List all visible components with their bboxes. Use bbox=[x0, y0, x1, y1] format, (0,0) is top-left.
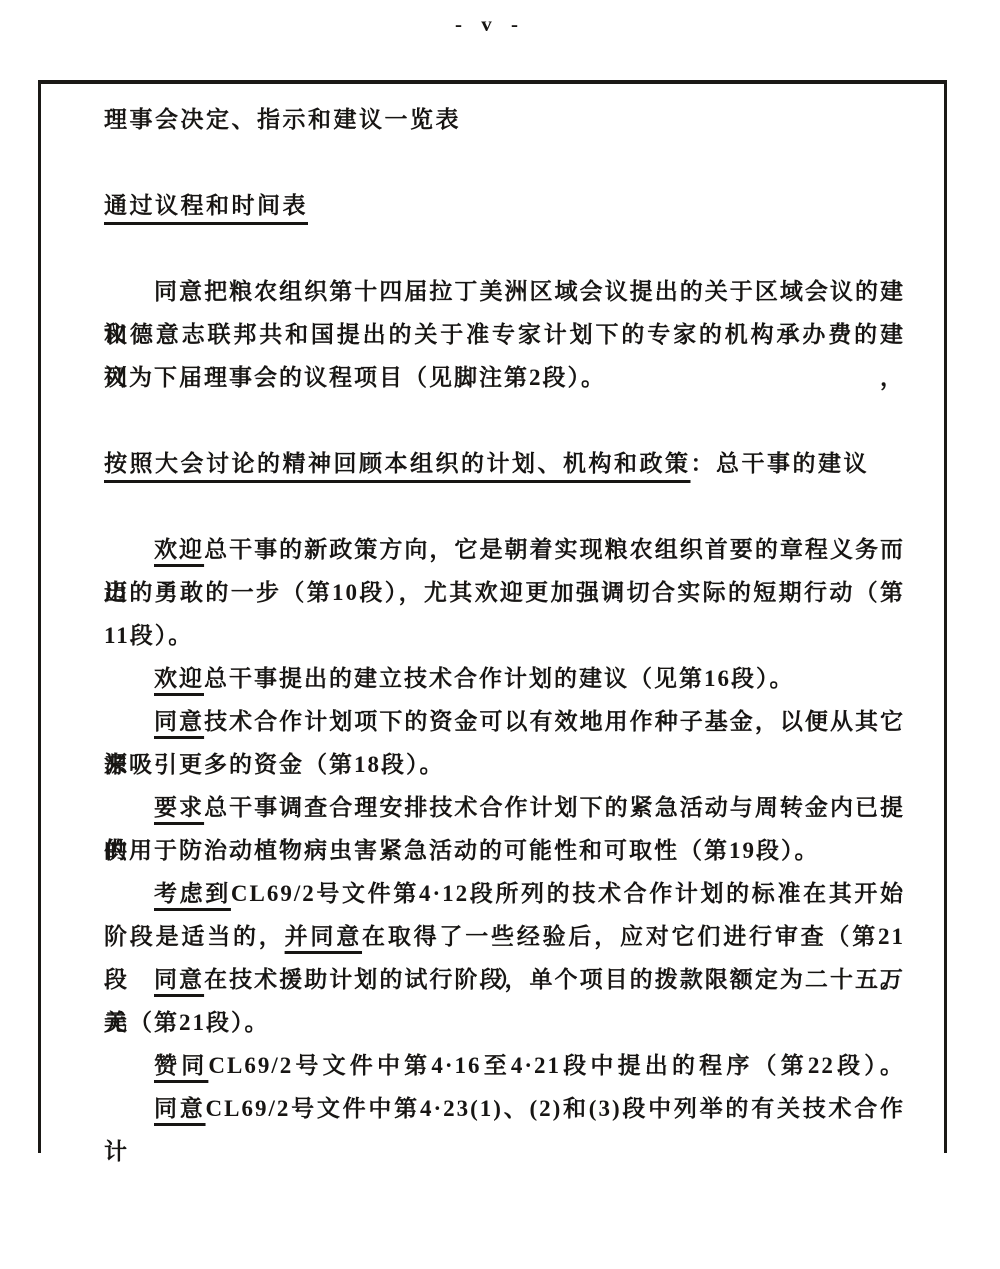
text-run: 总干事提出的建立技术合作计划的建议（见第16段）。 bbox=[204, 666, 795, 691]
underlined-text-run: 考虑到 bbox=[154, 881, 231, 906]
paragraph: 同意CL69/2号文件中第4·23(1)、(2)和(3)段中列举的有关技术合作计 bbox=[104, 1087, 905, 1130]
paragraph: 同意技术合作计划项下的资金可以有效地用作种子基金，以便从其它来源吸引更多的资金（… bbox=[104, 700, 905, 786]
text-line: 欢迎总干事的新政策方向，它是朝着实现粮农组织首要的章程义务而迈 bbox=[104, 528, 905, 571]
text-line: 通过议程和时间表 bbox=[104, 184, 905, 227]
text-run: 源吸引更多的资金（第18段）。 bbox=[104, 752, 445, 777]
text-line: 欢迎总干事提出的建立技术合作计划的建议（见第16段）。 bbox=[104, 657, 905, 700]
document-body: 通过议程和时间表同意把粮农组织第十四届拉丁美洲区域会议提出的关于区域会议的建议和… bbox=[104, 184, 905, 1130]
text-line: 源吸引更多的资金（第18段）。 bbox=[104, 743, 905, 786]
underlined-text-run: 赞同 bbox=[154, 1053, 208, 1078]
text-line: 考虑到CL69/2号文件第4·12段所列的技术合作计划的标准在其开始 bbox=[104, 872, 905, 915]
section-heading: 按照大会讨论的精神回顾本组织的计划、机构和政策：总干事的建议 bbox=[104, 442, 905, 485]
underlined-text-run: 同意 bbox=[154, 709, 204, 734]
underlined-text-run: 欢迎 bbox=[154, 666, 204, 691]
underlined-text-run: 并同意 bbox=[285, 924, 362, 949]
paragraph: 考虑到CL69/2号文件第4·12段所列的技术合作计划的标准在其开始阶段是适当的… bbox=[104, 872, 905, 958]
text-line: 同意技术合作计划项下的资金可以有效地用作种子基金，以便从其它来 bbox=[104, 700, 905, 743]
paragraph: 欢迎总干事的新政策方向，它是朝着实现粮农组织首要的章程义务而迈出的勇敢的一步（第… bbox=[104, 528, 905, 657]
text-line: 和德意志联邦共和国提出的关于准专家计划下的专家的机构承办费的建议， bbox=[104, 313, 905, 356]
text-line: 同意在技术援助计划的试行阶段，单个项目的拨款限额定为二十五万美 bbox=[104, 958, 905, 1001]
text-line: 阶段是适当的，并同意在取得了一些经验后，应对它们进行审查（第21段）。 bbox=[104, 915, 905, 958]
page-number: - v - bbox=[0, 12, 980, 37]
underlined-text-run: 要求 bbox=[154, 795, 204, 820]
text-line: 11段）。 bbox=[104, 614, 905, 657]
underlined-text-run: 按照大会讨论的精神回顾本组织的计划、机构和政策 bbox=[104, 451, 691, 476]
content-frame: 理事会决定、指示和建议一览表 通过议程和时间表同意把粮农组织第十四届拉丁美洲区域… bbox=[38, 80, 947, 1153]
text-line: 同意CL69/2号文件中第4·23(1)、(2)和(3)段中列举的有关技术合作计 bbox=[104, 1087, 905, 1130]
text-run: 11段）。 bbox=[104, 623, 193, 648]
text-line: 出的勇敢的一步（第10段），尤其欢迎更加强调切合实际的短期行动（第 bbox=[104, 571, 905, 614]
text-run: 元（第21段）。 bbox=[104, 1010, 270, 1035]
text-line: 同意把粮农组织第十四届拉丁美洲区域会议提出的关于区域会议的建议 bbox=[104, 270, 905, 313]
text-line: 元（第21段）。 bbox=[104, 1001, 905, 1044]
text-line: 赞同CL69/2号文件中第4·16至4·21段中提出的程序（第22段）。 bbox=[104, 1044, 905, 1087]
text-run: 阶段是适当的， bbox=[104, 924, 285, 949]
text-line: 按照大会讨论的精神回顾本组织的计划、机构和政策：总干事的建议 bbox=[104, 442, 905, 485]
text-line: 要求总干事调查合理安排技术合作计划下的紧急活动与周转金内已提供 bbox=[104, 786, 905, 829]
text-run: ：总干事的建议 bbox=[691, 451, 870, 476]
text-run: 列为下届理事会的议程项目（见脚注第2段）。 bbox=[104, 365, 606, 390]
underlined-text-run: 同意 bbox=[154, 967, 204, 992]
text-run: CL69/2号文件中第4·16至4·21段中提出的程序（第22段）。 bbox=[208, 1053, 905, 1078]
paragraph: 同意在技术援助计划的试行阶段，单个项目的拨款限额定为二十五万美元（第21段）。 bbox=[104, 958, 905, 1044]
text-run: 的用于防治动植物病虫害紧急活动的可能性和可取性（第19段）。 bbox=[104, 838, 820, 863]
paragraph: 要求总干事调查合理安排技术合作计划下的紧急活动与周转金内已提供的用于防治动植物病… bbox=[104, 786, 905, 872]
section-heading: 通过议程和时间表 bbox=[104, 184, 905, 227]
paragraph: 同意把粮农组织第十四届拉丁美洲区域会议提出的关于区域会议的建议和德意志联邦共和国… bbox=[104, 270, 905, 399]
underlined-text-run: 欢迎 bbox=[154, 537, 204, 562]
text-run: CL69/2号文件第4·12段所列的技术合作计划的标准在其开始 bbox=[231, 881, 905, 906]
text-run: 出的勇敢的一步（第10段），尤其欢迎更加强调切合实际的短期行动（第 bbox=[104, 580, 905, 605]
paragraph: 欢迎总干事提出的建立技术合作计划的建议（见第16段）。 bbox=[104, 657, 905, 700]
document-title-block: 理事会决定、指示和建议一览表 bbox=[104, 98, 905, 141]
text-line: 的用于防治动植物病虫害紧急活动的可能性和可取性（第19段）。 bbox=[104, 829, 905, 872]
paragraph: 赞同CL69/2号文件中第4·16至4·21段中提出的程序（第22段）。 bbox=[104, 1044, 905, 1087]
text-run: CL69/2号文件中第4·23(1)、(2)和(3)段中列举的有关技术合作计 bbox=[104, 1096, 905, 1164]
underlined-text-run: 同意 bbox=[154, 1096, 206, 1121]
page-title: 理事会决定、指示和建议一览表 bbox=[104, 98, 905, 141]
underlined-text-run: 通过议程和时间表 bbox=[104, 193, 308, 218]
